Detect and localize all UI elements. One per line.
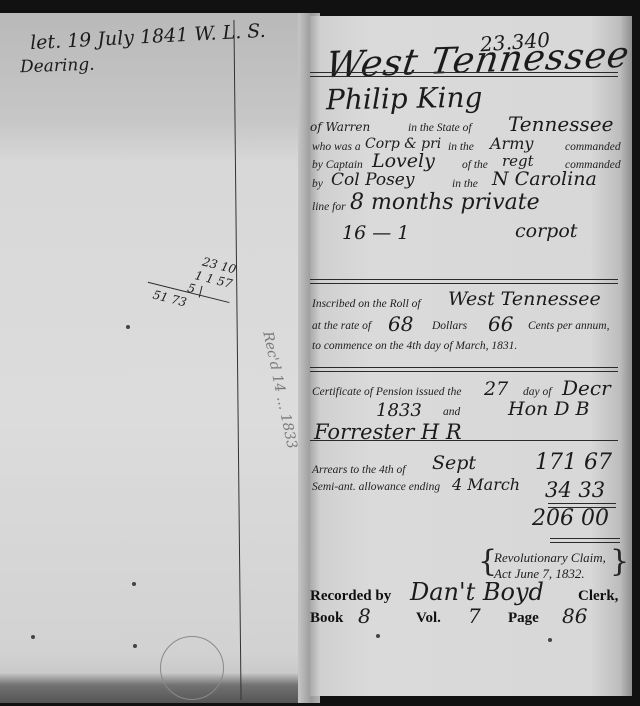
rank-label: who was a bbox=[312, 141, 361, 153]
commanded-label: commanded bbox=[565, 141, 621, 153]
certificate-month: Decr bbox=[562, 376, 611, 400]
line-for-label: line for bbox=[312, 201, 346, 213]
certificate-day: 27 bbox=[484, 378, 508, 400]
of-the-label: of the bbox=[462, 159, 488, 171]
total-amount: 206 00 bbox=[532, 506, 609, 531]
roll-rule bbox=[310, 367, 618, 372]
unit-value: Army bbox=[490, 134, 533, 153]
semi-date: 4 March bbox=[452, 475, 520, 494]
ink-spot bbox=[376, 634, 380, 638]
roll-value: West Tennessee bbox=[448, 288, 601, 310]
cents-value: 66 bbox=[488, 312, 513, 336]
arrears-amount: 171 67 bbox=[535, 450, 612, 475]
ink-spot bbox=[548, 638, 552, 642]
in-the2-label: in the bbox=[452, 178, 478, 190]
ink-spot bbox=[133, 644, 137, 648]
vol-value: 7 bbox=[468, 604, 481, 628]
clerk-label: Clerk, bbox=[578, 588, 618, 605]
residence-state: Tennessee bbox=[508, 112, 613, 136]
residence-prefix: of Warren bbox=[310, 120, 370, 134]
recorded-by-label: Recorded by bbox=[310, 588, 391, 605]
rate-label: at the rate of bbox=[312, 320, 371, 332]
claim-line1: Revolutionary Claim, bbox=[494, 550, 606, 566]
day-of-label: day of bbox=[523, 386, 551, 398]
page-value: 86 bbox=[562, 604, 587, 628]
service1-value: 8 months private bbox=[350, 190, 540, 215]
colonel-value: Col Posey bbox=[331, 170, 414, 190]
semi-label: Semi-ant. allowance ending bbox=[312, 481, 440, 493]
by-label: by bbox=[312, 178, 323, 190]
scanned-document: let. 19 July 1841 W. L. S. Dearing. 23 1… bbox=[0, 0, 640, 706]
circular-stain bbox=[160, 636, 224, 700]
book-label: Book bbox=[310, 610, 343, 627]
service2-num: 16 — 1 bbox=[342, 222, 409, 244]
cents-label: Cents per annum, bbox=[528, 320, 609, 332]
ink-spot bbox=[31, 635, 35, 639]
dollars-value: 68 bbox=[388, 312, 413, 336]
soldier-rule bbox=[310, 279, 618, 284]
ink-spot bbox=[132, 582, 136, 586]
header-rule bbox=[310, 72, 618, 77]
total-rule bbox=[550, 538, 620, 543]
soldier-name: Philip King bbox=[326, 81, 483, 117]
claim-bracket-right: } bbox=[610, 544, 629, 579]
line-value: N Carolina bbox=[492, 168, 597, 190]
captain-value: Lovely bbox=[372, 150, 435, 172]
clerk-name: Dan't Boyd bbox=[410, 578, 544, 606]
arrears-label: Arrears to the 4th of bbox=[312, 464, 406, 476]
left-note-line2: Dearing. bbox=[20, 55, 95, 78]
book-value: 8 bbox=[358, 604, 371, 628]
sent-to: Hon D B bbox=[508, 398, 590, 420]
dollars-label: Dollars bbox=[432, 320, 467, 332]
residence-label: in the State of bbox=[408, 122, 472, 134]
semi-amount: 34 33 bbox=[545, 478, 605, 502]
certificate-label: Certificate of Pension issued the bbox=[312, 386, 461, 398]
certificate-year: 1833 bbox=[376, 400, 422, 421]
ink-spot bbox=[126, 325, 130, 329]
commence-label: to commence on the 4th day of March, 183… bbox=[312, 340, 517, 352]
in-the-label: in the bbox=[448, 141, 474, 153]
inscribed-label: Inscribed on the Roll of bbox=[312, 298, 421, 310]
service2-rank: corpot bbox=[515, 220, 577, 242]
certificate-rule bbox=[310, 440, 618, 441]
arrears-month: Sept bbox=[432, 452, 476, 474]
page-label: Page bbox=[508, 610, 539, 627]
and-label: and bbox=[443, 406, 460, 418]
vol-label: Vol. bbox=[416, 610, 441, 627]
